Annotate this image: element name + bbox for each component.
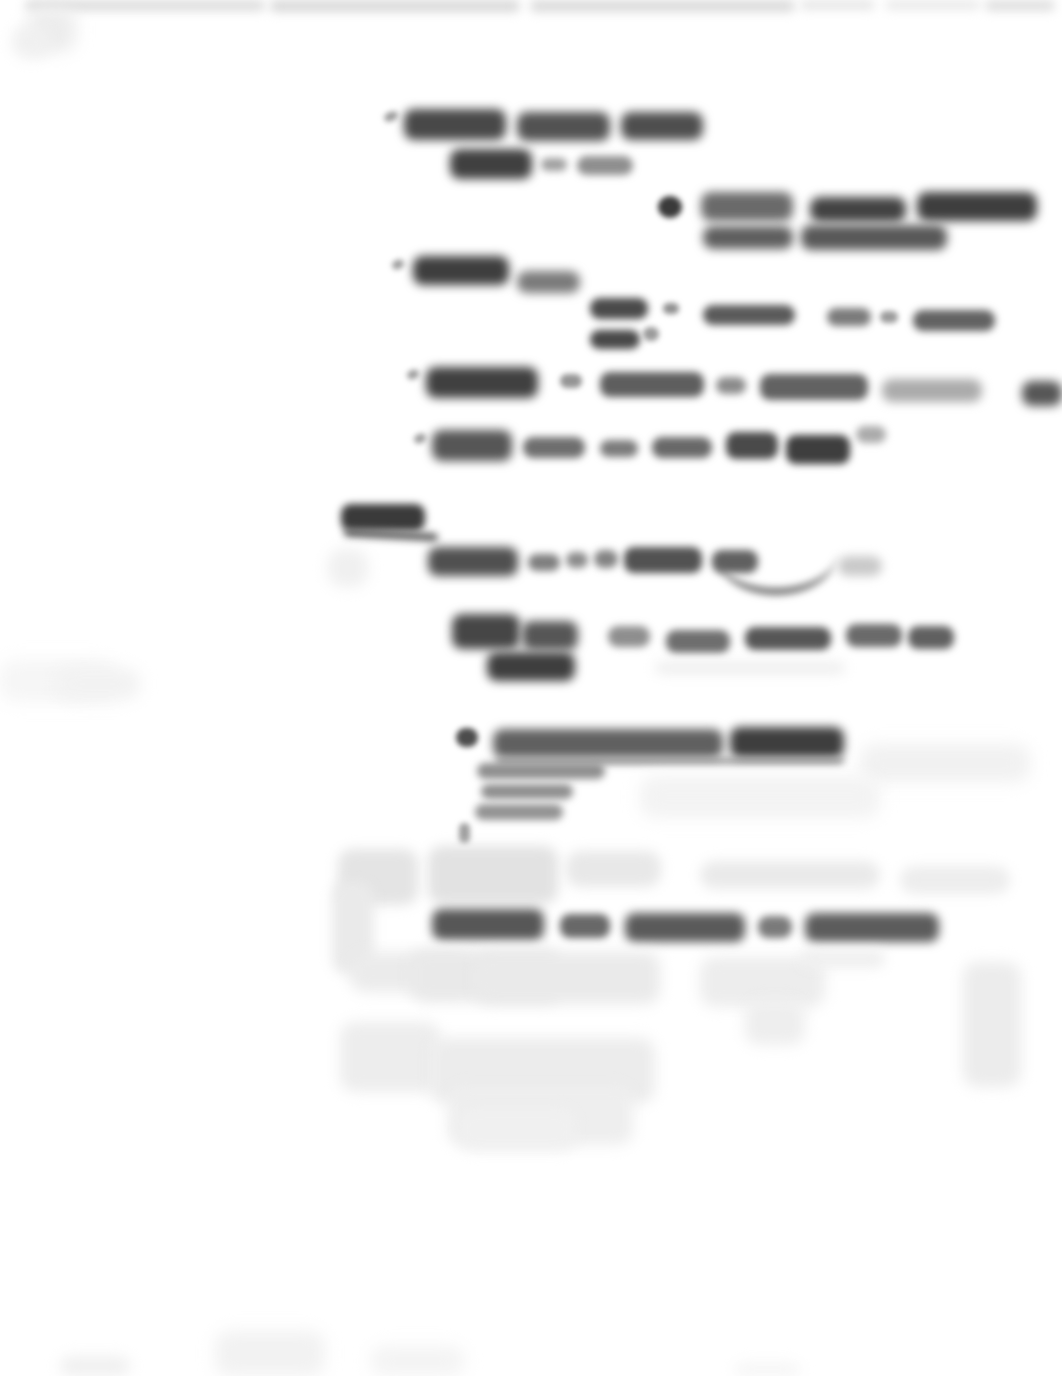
faint-ink-smudge <box>900 866 1010 894</box>
blurred-ink-mark <box>541 158 567 171</box>
underline-mark <box>344 529 438 542</box>
blurred-ink-mark <box>703 226 793 249</box>
blurred-ink-mark <box>913 310 995 331</box>
blurred-ink-mark <box>643 327 659 341</box>
blurred-ink-mark <box>493 729 723 758</box>
blurred-ink-mark <box>594 550 618 568</box>
blurred-ink-mark <box>590 298 648 319</box>
faint-ink-smudge <box>700 861 880 889</box>
faint-ink-smudge <box>860 744 1030 782</box>
blurred-ink-mark <box>600 372 704 397</box>
faint-ink-smudge <box>800 950 885 968</box>
faint-ink-smudge <box>963 962 1021 1087</box>
blurred-ink-mark <box>730 727 844 758</box>
blurred-ink-mark <box>624 547 702 573</box>
blurred-ink-mark <box>577 156 633 175</box>
blurred-ink-mark <box>450 149 532 179</box>
faint-ink-smudge <box>55 668 140 700</box>
blurred-ink-mark <box>846 624 902 647</box>
blurred-ink-mark <box>703 305 795 325</box>
blurred-ink-mark <box>341 504 425 531</box>
blurred-ink-mark <box>1022 381 1062 406</box>
blurred-ink-mark <box>456 728 478 747</box>
faint-ink-smudge <box>735 1363 800 1376</box>
blurred-ink-mark <box>459 823 470 844</box>
blurred-ink-mark <box>666 630 730 653</box>
bullet-dot-mark <box>658 196 682 218</box>
blurred-ink-mark <box>530 0 795 12</box>
blurred-ink-mark <box>477 763 605 779</box>
blurred-ink-mark <box>726 432 778 459</box>
blurred-ink-mark <box>985 0 1055 11</box>
blurred-ink-mark <box>528 554 560 571</box>
blurred-ink-mark <box>413 256 509 285</box>
blurred-ink-mark <box>745 627 831 650</box>
blurred-ink-mark <box>475 804 563 820</box>
blurred-ink-mark <box>452 614 520 649</box>
blurred-ink-mark <box>560 914 610 938</box>
blurred-ink-mark <box>701 192 793 221</box>
blurred-ink-mark <box>621 112 703 140</box>
faint-ink-smudge <box>370 1346 465 1376</box>
faint-ink-smudge <box>340 1022 440 1092</box>
blurred-ink-mark <box>882 379 982 402</box>
blurred-ink-mark <box>786 435 850 464</box>
faint-ink-smudge <box>475 952 660 1004</box>
tick-mark <box>413 432 428 445</box>
blurred-ink-mark <box>758 916 792 938</box>
faint-ink-smudge <box>458 1108 576 1150</box>
blurred-ink-mark <box>663 303 679 314</box>
blurred-ink-mark <box>481 784 573 799</box>
faint-ink-smudge <box>12 26 50 58</box>
blurred-ink-mark <box>428 547 518 576</box>
blurred-ink-mark <box>432 909 544 940</box>
blurred-ink-mark <box>716 377 746 394</box>
blurred-ink-mark <box>800 0 875 10</box>
faint-ink-smudge <box>328 549 368 587</box>
blurred-ink-mark <box>908 626 954 649</box>
curved-stroke-mark <box>715 546 837 595</box>
blurred-ink-mark <box>652 437 712 458</box>
tick-mark <box>383 109 399 123</box>
blurred-ink-mark <box>600 440 638 457</box>
blurred-ink-mark <box>404 109 506 140</box>
blurred-ink-mark <box>560 374 582 388</box>
blurred-ink-mark <box>801 225 947 250</box>
blurred-ink-mark <box>856 426 886 443</box>
blurred-ink-mark <box>566 552 588 568</box>
blurred-ink-mark <box>625 913 745 942</box>
faint-ink-smudge <box>640 776 880 818</box>
faint-ink-smudge <box>655 662 845 674</box>
faint-ink-smudge <box>428 846 558 904</box>
blurred-ink-mark <box>270 0 520 12</box>
tick-mark <box>406 368 421 381</box>
blurred-ink-mark <box>917 192 1037 221</box>
blurred-ink-mark <box>838 556 882 576</box>
blurred-ink-mark <box>827 308 871 326</box>
blurred-ink-mark <box>880 311 898 323</box>
faint-ink-smudge <box>745 1000 805 1045</box>
blurred-ink-mark <box>608 626 650 647</box>
blurred-ink-mark <box>760 374 868 400</box>
blurred-ink-mark <box>517 112 610 141</box>
blurred-ink-mark <box>590 330 640 349</box>
notes-page <box>0 0 1062 1376</box>
blurred-ink-mark <box>517 271 580 293</box>
blurred-ink-mark <box>426 367 538 398</box>
tick-mark <box>391 258 406 271</box>
blurred-ink-mark <box>522 621 578 650</box>
blurred-ink-mark <box>487 652 575 681</box>
blurred-ink-mark <box>885 0 980 10</box>
blurred-ink-mark <box>432 430 512 461</box>
faint-ink-smudge <box>566 851 661 887</box>
faint-ink-smudge <box>215 1331 325 1376</box>
blurred-ink-mark <box>523 437 585 458</box>
faint-ink-smudge <box>60 1356 130 1376</box>
blurred-ink-mark <box>810 197 906 222</box>
blurred-ink-mark <box>805 913 939 942</box>
